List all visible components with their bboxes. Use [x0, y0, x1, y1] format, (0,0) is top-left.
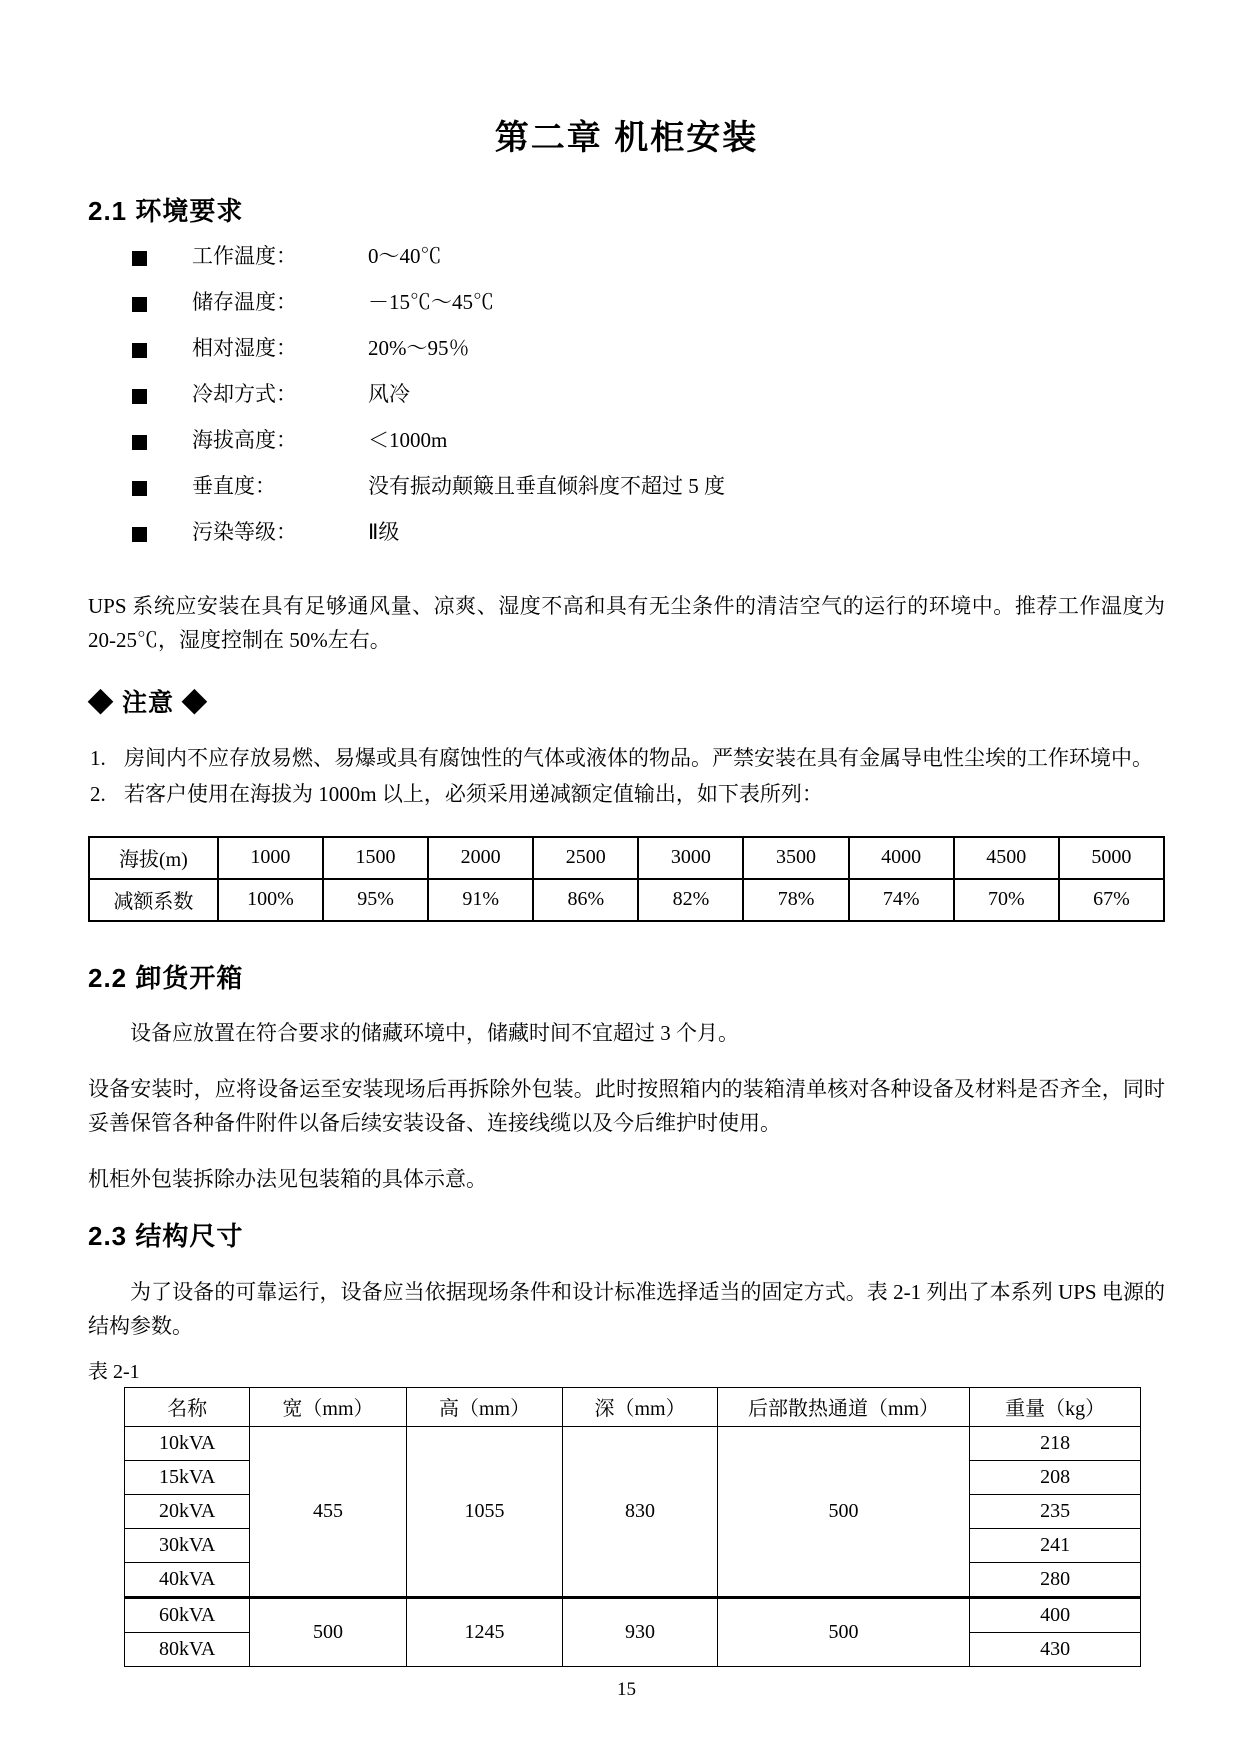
derating-cell: 74%	[849, 879, 954, 921]
derating-cell: 100%	[218, 879, 323, 921]
requirement-label: 海拔高度：	[192, 425, 297, 455]
env-requirement-row: 海拔高度：＜1000m	[88, 425, 1165, 471]
env-requirement-row: 污染等级：Ⅱ级	[88, 517, 1165, 563]
model-name-cell: 15kVA	[125, 1460, 250, 1494]
derating-cell: 95%	[323, 879, 428, 921]
requirement-value: －15℃～45℃	[368, 287, 494, 317]
structure-table-header-row: 名称宽（mm）高（mm）深（mm）后部散热通道（mm）重量（kg）	[125, 1387, 1141, 1426]
derating-cell: 3000	[638, 837, 743, 879]
unpacking-paragraph: 设备安装时，应将设备运至安装现场后再拆除外包装。此时按照箱内的装箱清单核对各种设…	[88, 1072, 1165, 1140]
notice-item-number: 1.	[90, 742, 106, 774]
derating-cell: 2000	[428, 837, 533, 879]
model-weight-cell: 241	[970, 1528, 1141, 1562]
notice-item-text: 若客户使用在海拔为 1000m 以上，必须采用递减额定值输出，如下表所列：	[124, 782, 823, 806]
derating-table-row: 减额系数100%95%91%86%82%78%74%70%67%	[89, 879, 1164, 921]
derating-cell: 5000	[1059, 837, 1164, 879]
derating-cell: 1500	[323, 837, 428, 879]
derating-cell: 3500	[743, 837, 848, 879]
derating-cell: 67%	[1059, 879, 1164, 921]
derating-row-header: 减额系数	[89, 879, 218, 921]
derating-row-header: 海拔(m)	[89, 837, 218, 879]
rear-channel-cell: 500	[717, 1426, 969, 1597]
altitude-derating-table: 海拔(m)10001500200025003000350040004500500…	[88, 836, 1165, 922]
notice-item-number: 2.	[90, 778, 106, 810]
bullet-square-icon	[132, 389, 147, 404]
env-requirements-list: 工作温度：0～40℃储存温度：－15℃～45℃相对湿度：20%～95％冷却方式：…	[88, 241, 1165, 563]
structure-table-header: 宽（mm）	[250, 1387, 407, 1426]
chapter-title: 第二章 机柜安装	[88, 118, 1165, 159]
derating-cell: 70%	[954, 879, 1059, 921]
derating-cell: 82%	[638, 879, 743, 921]
model-weight-cell: 208	[970, 1460, 1141, 1494]
bullet-square-icon	[132, 343, 147, 358]
derating-cell: 2500	[533, 837, 638, 879]
model-height-cell: 1245	[406, 1597, 563, 1666]
structure-table-header: 深（mm）	[563, 1387, 718, 1426]
env-requirement-row: 工作温度：0～40℃	[88, 241, 1165, 287]
structure-table-header: 后部散热通道（mm）	[717, 1387, 969, 1426]
model-weight-cell: 430	[970, 1632, 1141, 1666]
model-height-cell: 1055	[406, 1426, 563, 1597]
model-name-cell: 20kVA	[125, 1494, 250, 1528]
requirement-label: 垂直度：	[192, 471, 276, 501]
requirement-label: 冷却方式：	[192, 379, 297, 409]
derating-cell: 1000	[218, 837, 323, 879]
section-heading-2-3: 2.3 结构尺寸	[88, 1220, 1165, 1253]
derating-cell: 4000	[849, 837, 954, 879]
model-weight-cell: 400	[970, 1597, 1141, 1632]
bullet-square-icon	[132, 481, 147, 496]
env-requirement-row: 相对湿度：20%～95％	[88, 333, 1165, 379]
bullet-square-icon	[132, 435, 147, 450]
bullet-square-icon	[132, 527, 147, 542]
env-requirement-row: 储存温度：－15℃～45℃	[88, 287, 1165, 333]
model-weight-cell: 280	[970, 1562, 1141, 1597]
structure-table-header: 重量（kg）	[970, 1387, 1141, 1426]
structure-table-row: 60kVA5001245930500400	[125, 1597, 1141, 1632]
notice-item: 1. 房间内不应存放易燃、易爆或具有腐蚀性的气体或液体的物品。严禁安装在具有金属…	[88, 742, 1165, 774]
table-2-1-caption: 表 2-1	[88, 1359, 1165, 1385]
document-page: 第二章 机柜安装 2.1 环境要求 工作温度：0～40℃储存温度：－15℃～45…	[0, 0, 1240, 1754]
model-weight-cell: 235	[970, 1494, 1141, 1528]
requirement-label: 相对湿度：	[192, 333, 297, 363]
model-name-cell: 80kVA	[125, 1632, 250, 1666]
ups-environment-paragraph: UPS 系统应安装在具有足够通风量、凉爽、湿度不高和具有无尘条件的清洁空气的运行…	[88, 589, 1165, 657]
section-heading-2-2: 2.2 卸货开箱	[88, 962, 1165, 995]
derating-cell: 4500	[954, 837, 1059, 879]
model-name-cell: 10kVA	[125, 1426, 250, 1460]
notice-heading: ◆ 注意 ◆	[88, 687, 1165, 720]
requirement-value: 20%～95％	[368, 333, 470, 363]
model-depth-cell: 830	[563, 1426, 718, 1597]
env-requirement-row: 冷却方式：风冷	[88, 379, 1165, 425]
structure-intro-paragraph: 为了设备的可靠运行，设备应当依据现场条件和设计标准选择适当的固定方式。表 2-1…	[88, 1275, 1165, 1343]
structure-table-header: 名称	[125, 1387, 250, 1426]
derating-cell: 86%	[533, 879, 638, 921]
section-heading-2-1: 2.1 环境要求	[88, 195, 1165, 228]
requirement-value: 没有振动颠簸且垂直倾斜度不超过 5 度	[368, 471, 725, 501]
structure-table-row: 10kVA4551055830500218	[125, 1426, 1141, 1460]
bullet-square-icon	[132, 251, 147, 266]
requirement-value: 0～40℃	[368, 241, 442, 271]
derating-table-row: 海拔(m)10001500200025003000350040004500500…	[89, 837, 1164, 879]
notice-item: 2. 若客户使用在海拔为 1000m 以上，必须采用递减额定值输出，如下表所列：	[88, 778, 1165, 810]
derating-cell: 91%	[428, 879, 533, 921]
packaging-removal-paragraph: 机柜外包装拆除办法见包装箱的具体示意。	[88, 1162, 1165, 1196]
requirement-label: 污染等级：	[192, 517, 297, 547]
requirement-label: 工作温度：	[192, 241, 297, 271]
rear-channel-cell: 500	[717, 1597, 969, 1666]
requirement-value: 风冷	[368, 379, 410, 409]
storage-paragraph: 设备应放置在符合要求的储藏环境中，储藏时间不宜超过 3 个月。	[88, 1016, 1165, 1050]
bullet-square-icon	[132, 297, 147, 312]
structure-dimensions-table: 名称宽（mm）高（mm）深（mm）后部散热通道（mm）重量（kg）10kVA45…	[124, 1387, 1141, 1667]
model-name-cell: 30kVA	[125, 1528, 250, 1562]
env-requirement-row: 垂直度：没有振动颠簸且垂直倾斜度不超过 5 度	[88, 471, 1165, 517]
page-number: 15	[88, 1679, 1165, 1701]
requirement-value: ＜1000m	[368, 425, 447, 455]
derating-cell: 78%	[743, 879, 848, 921]
requirement-label: 储存温度：	[192, 287, 297, 317]
model-width-cell: 455	[250, 1426, 407, 1597]
model-name-cell: 60kVA	[125, 1597, 250, 1632]
model-depth-cell: 930	[563, 1597, 718, 1666]
notice-item-text: 房间内不应存放易燃、易爆或具有腐蚀性的气体或液体的物品。严禁安装在具有金属导电性…	[124, 746, 1153, 770]
model-width-cell: 500	[250, 1597, 407, 1666]
structure-table-header: 高（mm）	[406, 1387, 563, 1426]
notice-list: 1. 房间内不应存放易燃、易爆或具有腐蚀性的气体或液体的物品。严禁安装在具有金属…	[88, 742, 1165, 810]
requirement-value: Ⅱ级	[368, 517, 399, 547]
model-weight-cell: 218	[970, 1426, 1141, 1460]
model-name-cell: 40kVA	[125, 1562, 250, 1597]
